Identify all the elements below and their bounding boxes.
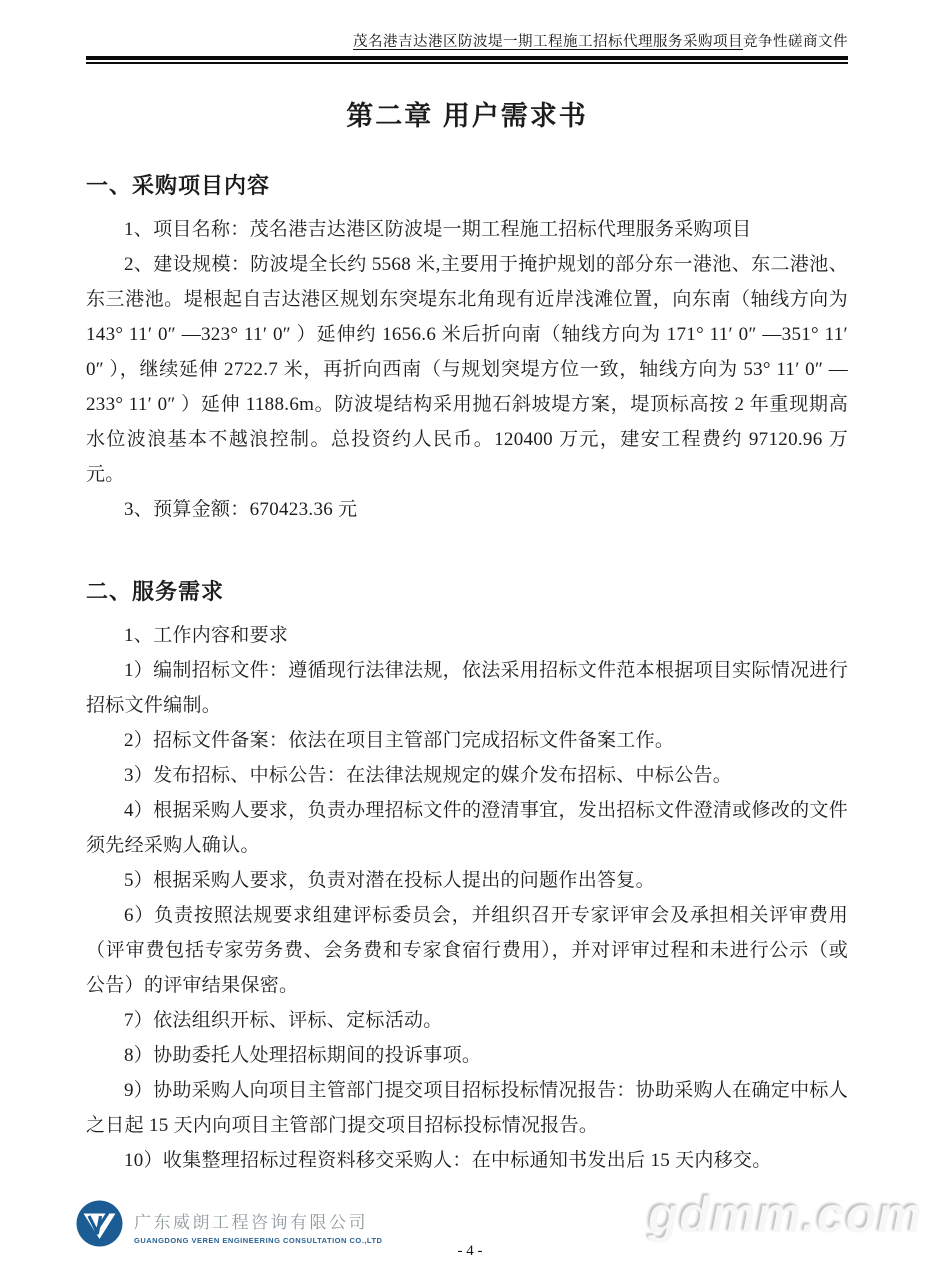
paragraph: 1）编制招标文件：遵循现行法律法规，依法采用招标文件范本根据项目实际情况进行招标… (86, 653, 848, 723)
paragraph: 7）依法组织开标、评标、定标活动。 (86, 1003, 848, 1038)
section-2-body: 1、工作内容和要求 1）编制招标文件：遵循现行法律法规，依法采用招标文件范本根据… (86, 618, 848, 1178)
paragraph: 3、预算金额：670423.36 元 (86, 492, 848, 527)
section-1-heading: 一、采购项目内容 (86, 169, 848, 200)
page-header: 茂名港吉达港区防波堤一期工程施工招标代理服务采购项目竞争性磋商文件 (86, 30, 848, 51)
chapter-title: 第二章 用户需求书 (86, 94, 848, 133)
document-page: 茂名港吉达港区防波堤一期工程施工招标代理服务采购项目竞争性磋商文件 第二章 用户… (0, 0, 940, 1280)
paragraph: 10）收集整理招标过程资料移交采购人：在中标通知书发出后 15 天内移交。 (86, 1143, 848, 1178)
paragraph: 1、工作内容和要求 (86, 618, 848, 653)
paragraph: 1、项目名称：茂名港吉达港区防波堤一期工程施工招标代理服务采购项目 (86, 212, 848, 247)
header-divider (86, 56, 848, 64)
watermark: gdmm.com (648, 1186, 928, 1244)
paragraph: 6）负责按照法规要求组建评标委员会，并组织召开专家评审会及承担相关评审费用（评审… (86, 898, 848, 1003)
header-doc-title: 茂名港吉达港区防波堤一期工程施工招标代理服务采购项目 (353, 34, 743, 50)
paragraph: 9）协助采购人向项目主管部门提交项目招标投标情况报告：协助采购人在确定中标人之日… (86, 1073, 848, 1143)
paragraph: 2、建设规模：防波堤全长约 5568 米,主要用于掩护规划的部分东一港池、东二港… (86, 247, 848, 492)
company-name-cn: 广东威朗工程咨询有限公司 (134, 1208, 382, 1233)
paragraph: 2）招标文件备案：依法在项目主管部门完成招标文件备案工作。 (86, 723, 848, 758)
paragraph: 4）根据采购人要求，负责办理招标文件的澄清事宜，发出招标文件澄清或修改的文件须先… (86, 793, 848, 863)
page-number: - 4 - (0, 1243, 940, 1260)
section-2-heading: 二、服务需求 (86, 575, 848, 606)
paragraph: 8）协助委托人处理招标期间的投诉事项。 (86, 1038, 848, 1073)
section-1-body: 1、项目名称：茂名港吉达港区防波堤一期工程施工招标代理服务采购项目 2、建设规模… (86, 212, 848, 527)
paragraph: 3）发布招标、中标公告：在法律法规规定的媒介发布招标、中标公告。 (86, 758, 848, 793)
header-doc-type: 竞争性磋商文件 (743, 34, 848, 50)
paragraph: 5）根据采购人要求，负责对潜在投标人提出的问题作出答复。 (86, 863, 848, 898)
